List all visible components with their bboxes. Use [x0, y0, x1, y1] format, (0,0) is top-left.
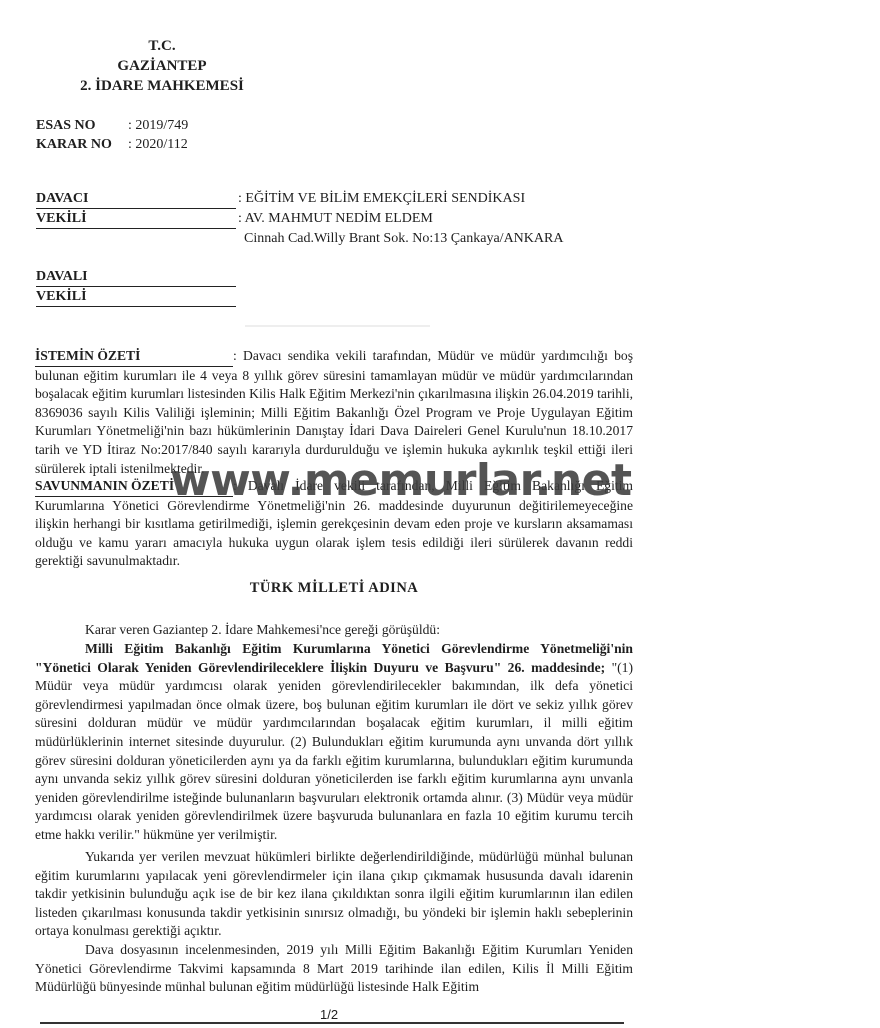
davaci-vekili-value: : AV. MAHMUT NEDİM ELDEM	[238, 210, 433, 228]
header-city: GAZİANTEP	[42, 56, 282, 76]
karar-no-value: : 2020/112	[128, 137, 188, 152]
davaci-label: DAVACI	[36, 190, 236, 209]
redacted-line	[245, 325, 430, 327]
davali-vekili-label: VEKİLİ	[36, 288, 236, 307]
esas-no-value: : 2019/749	[128, 118, 188, 133]
davali-label: DAVALI	[36, 268, 236, 287]
regulation-heading: Milli Eğitim Bakanlığı Eğitim Kurumların…	[35, 641, 633, 675]
davaci-vekili-address: Cinnah Cad.Willy Brant Sok. No:13 Çankay…	[244, 230, 563, 248]
decision-intro: Karar veren Gaziantep 2. İdare Mahkemesi…	[35, 621, 633, 640]
header-court: 2. İDARE MAHKEMESİ	[42, 76, 282, 96]
esas-no-row: ESAS NO: 2019/749	[36, 116, 188, 135]
karar-no-row: KARAR NO: 2020/112	[36, 135, 188, 154]
esas-no-label: ESAS NO	[36, 116, 128, 135]
case-file-paragraph: Dava dosyasının incelenmesinden, 2019 yı…	[35, 941, 633, 997]
regulation-paragraph: Milli Eğitim Bakanlığı Eğitim Kurumların…	[35, 640, 633, 845]
evaluation-paragraph: Yukarıda yer verilen mevzuat hükümleri b…	[35, 848, 633, 941]
regulation-text: "(1) Müdür veya müdür yardımcısı olarak …	[35, 660, 633, 842]
watermark: www.memurlar.net	[170, 456, 632, 506]
karar-no-label: KARAR NO	[36, 135, 128, 154]
header-tc: T.C.	[42, 36, 282, 56]
davaci-vekili-label: VEKİLİ	[36, 210, 236, 229]
istem-ozeti-label: İSTEMİN ÖZETİ	[35, 347, 233, 367]
footer-rule	[40, 1022, 624, 1024]
decision-title: TÜRK MİLLETİ ADINA	[35, 580, 633, 597]
davaci-value: : EĞİTİM VE BİLİM EMEKÇİLERİ SENDİKASI	[238, 190, 525, 208]
page-number: 1/2	[320, 1007, 338, 1022]
